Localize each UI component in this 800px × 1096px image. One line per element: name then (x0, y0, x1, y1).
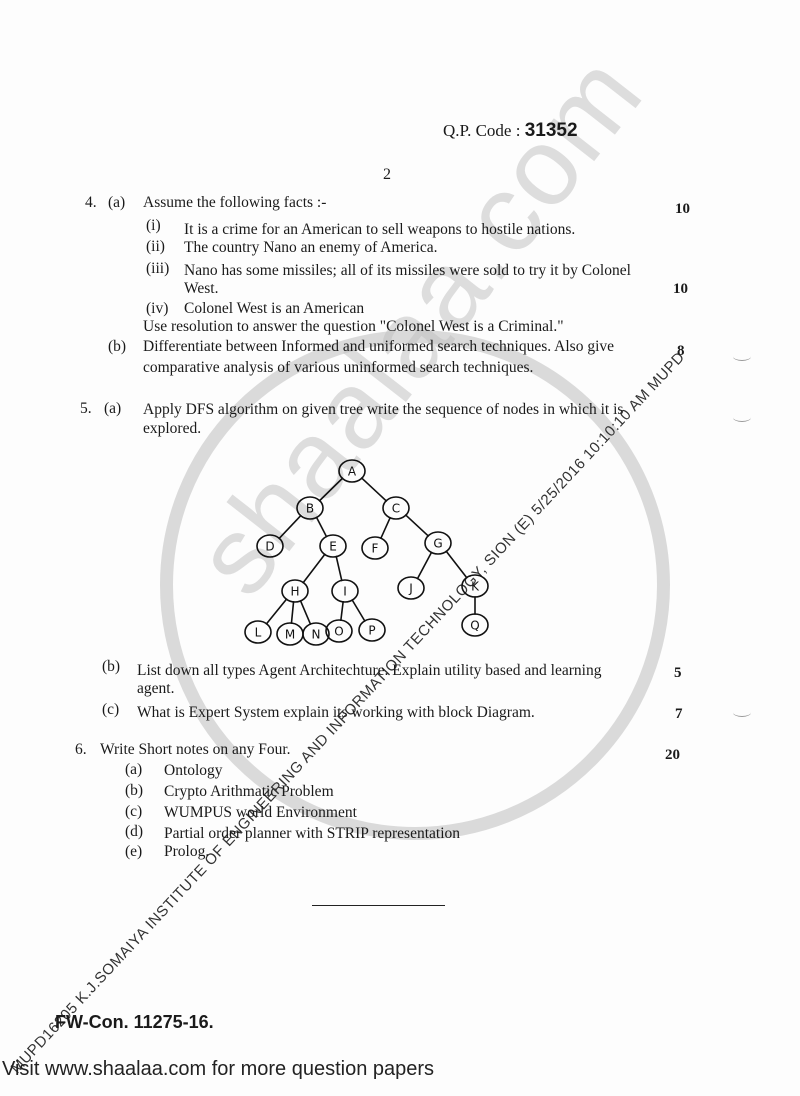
tree-edge (352, 599, 365, 621)
tree-edge (336, 556, 342, 581)
q5b-label: (b) (102, 657, 120, 676)
tree-node-f: F (362, 537, 388, 559)
q6-marks: 20 (665, 746, 680, 765)
svg-text:O: O (334, 625, 343, 639)
svg-text:A: A (348, 465, 357, 479)
tree-node-m: M (277, 623, 303, 645)
svg-text:J: J (408, 582, 413, 596)
tree-edge (381, 517, 391, 539)
tree-node-o: O (326, 620, 352, 642)
tree-node-e: E (320, 535, 346, 557)
tree-edge (266, 599, 287, 625)
tree-edge (300, 600, 310, 625)
svg-text:D: D (265, 540, 274, 554)
tree-edge (341, 601, 343, 621)
tree-node-c: C (383, 497, 409, 519)
q5b-line1: List down all types Agent Architechture.… (137, 661, 601, 680)
end-rule (312, 905, 445, 906)
scan-mark (733, 708, 751, 717)
tree-edge (319, 478, 343, 502)
tree-node-i: I (332, 580, 358, 602)
svg-text:F: F (372, 542, 379, 556)
svg-text:H: H (290, 585, 299, 599)
q6-intro: Write Short notes on any Four. (100, 740, 291, 759)
q5b-marks: 5 (674, 664, 682, 683)
footer-code: FW-Con. 11275-16. (55, 1012, 214, 1033)
tree-edge (279, 515, 302, 539)
tree-edge (316, 517, 327, 538)
tree-node-k: K (462, 575, 488, 597)
scan-mark (733, 352, 751, 361)
q6-item-label: (b) (125, 781, 143, 800)
q5c-text: What is Expert System explain its workin… (137, 703, 535, 722)
q6-item-label: (e) (125, 842, 142, 861)
tree-edge (291, 601, 293, 624)
q6-item-text: Ontology (164, 761, 223, 780)
tree-node-g: G (425, 532, 451, 554)
tree-edge (361, 478, 387, 502)
svg-text:K: K (471, 580, 480, 594)
tree-node-q: Q (462, 614, 488, 636)
svg-text:P: P (368, 624, 375, 638)
svg-text:E: E (329, 540, 337, 554)
q6-item-text: Prolog. (164, 842, 209, 861)
tree-edge (303, 554, 326, 583)
svg-text:N: N (312, 628, 321, 642)
q6-number: 6. (75, 740, 87, 759)
tree-node-l: L (245, 621, 271, 643)
svg-text:L: L (255, 626, 262, 640)
q6-item-text: Partial order planner with STRIP represe… (164, 824, 460, 843)
q6-item-text: Crypto Arithmatic Problem (164, 782, 334, 801)
svg-text:C: C (392, 502, 400, 516)
q6-item-label: (c) (125, 802, 142, 821)
q6-item-label: (d) (125, 822, 143, 841)
tree-node-a: A (339, 460, 365, 482)
tree-node-n: N (303, 623, 329, 645)
q6-item-text: WUMPUS world Environment (164, 803, 357, 822)
tree-node-j: J (398, 577, 424, 599)
svg-text:I: I (343, 585, 347, 599)
scan-mark (733, 413, 751, 422)
tree-node-p: P (359, 619, 385, 641)
q5b-line2: agent. (137, 679, 174, 698)
tree-edge (405, 515, 429, 537)
svg-text:Q: Q (470, 619, 479, 633)
tree-edge (446, 551, 467, 579)
dfs-tree-diagram: ABCDEFGHIJKLMNOPQ (0, 0, 800, 1096)
tree-node-b: B (297, 497, 323, 519)
q6-item-label: (a) (125, 760, 142, 779)
tree-node-h: H (282, 580, 308, 602)
q5c-label: (c) (102, 700, 119, 719)
tree-node-d: D (257, 535, 283, 557)
tree-edge (417, 552, 432, 580)
svg-text:B: B (306, 502, 314, 516)
svg-text:M: M (285, 628, 295, 642)
q5c-marks: 7 (675, 705, 683, 724)
svg-text:G: G (433, 537, 442, 551)
footer-visit-link[interactable]: Visit www.shaalaa.com for more question … (2, 1058, 434, 1081)
